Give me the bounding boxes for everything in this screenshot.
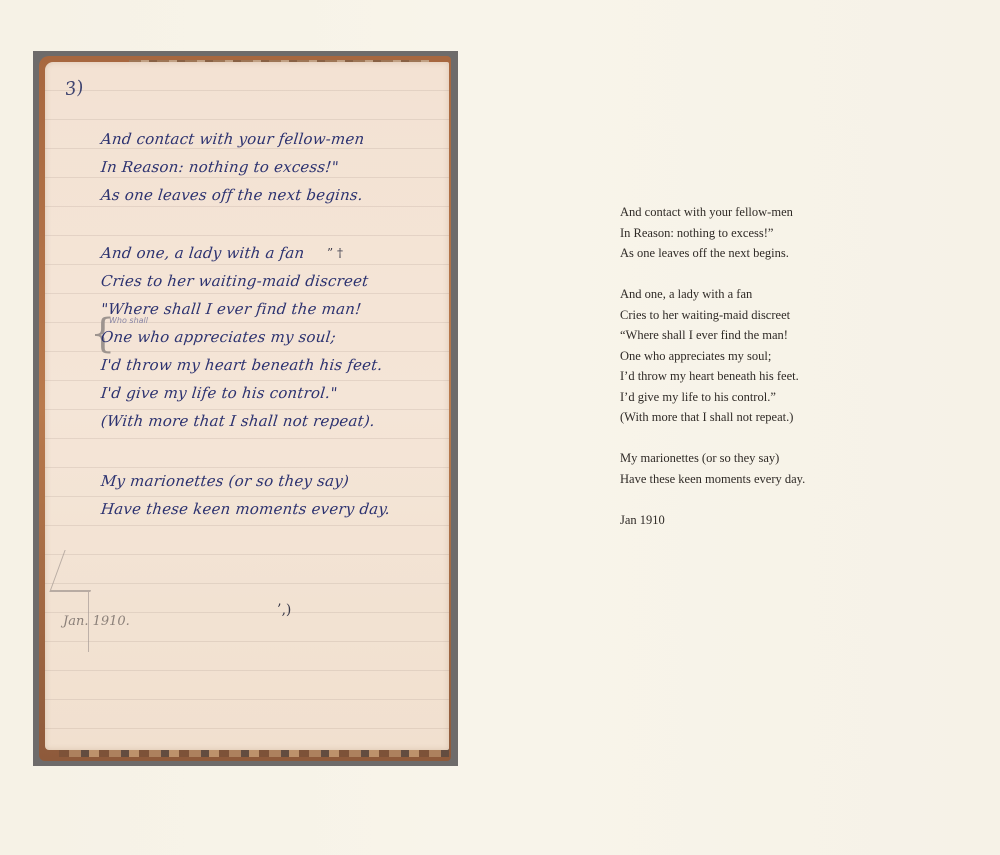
poem-line: One who appreciates my soul; (620, 346, 880, 367)
poem-line: In Reason: nothing to excess!” (620, 223, 880, 244)
pencil-date: Jan. 1910. (63, 614, 130, 629)
poem-line: Have these keen moments every day. (620, 469, 880, 490)
poem-line: And one, a lady with a fan (620, 284, 880, 305)
stanza-3: My marionettes (or so they say) Have the… (620, 448, 880, 489)
stanza-1: And contact with your fellow-men In Reas… (620, 202, 880, 264)
manuscript-facsimile-image: 3) And contact with your fellow-men In R… (33, 51, 458, 766)
poem-line: As one leaves off the next begins. (620, 243, 880, 264)
book-spread: 3) And contact with your fellow-men In R… (0, 0, 1000, 855)
handwritten-line: (With more that I shall not repeat). (100, 412, 376, 430)
handwritten-line: I'd give my life to his control." (100, 384, 338, 402)
handwritten-line: I'd throw my heart beneath his feet. (100, 356, 383, 374)
poem-line: (With more that I shall not repeat.) (620, 407, 880, 428)
handwritten-line: In Reason: nothing to excess!" (100, 158, 340, 176)
handwritten-line: As one leaves off the next begins. (100, 186, 364, 204)
poem-line: I’d throw my heart beneath his feet. (620, 366, 880, 387)
poem-line: And contact with your fellow-men (620, 202, 880, 223)
pencil-scribble-icon (49, 550, 105, 592)
handwritten-page-number: 3) (64, 77, 85, 100)
handwritten-line: And contact with your fellow-men (100, 130, 365, 148)
poem-line: Cries to her waiting-maid discreet (620, 305, 880, 326)
poem-transcription: And contact with your fellow-men In Reas… (620, 202, 880, 530)
poem-line: I’d give my life to his control.” (620, 387, 880, 408)
handwritten-line: Have these keen moments every day. (100, 500, 391, 518)
stanza-2: And one, a lady with a fan Cries to her … (620, 284, 880, 428)
handwritten-line: And one, a lady with a fan (100, 244, 305, 262)
handwritten-line: One who appreciates my soul; (100, 328, 337, 346)
ink-squiggle-mark: ’‚) (277, 602, 291, 618)
handwritten-line: My marionettes (or so they say) (100, 472, 350, 490)
handwritten-mark: ” † (327, 246, 343, 260)
poem-line: “Where shall I ever find the man! (620, 325, 880, 346)
poem-date: Jan 1910 (620, 510, 880, 531)
notebook-page: 3) And contact with your fellow-men In R… (45, 62, 449, 750)
handwritten-line: Cries to her waiting-maid discreet (100, 272, 369, 290)
poem-line: My marionettes (or so they say) (620, 448, 880, 469)
